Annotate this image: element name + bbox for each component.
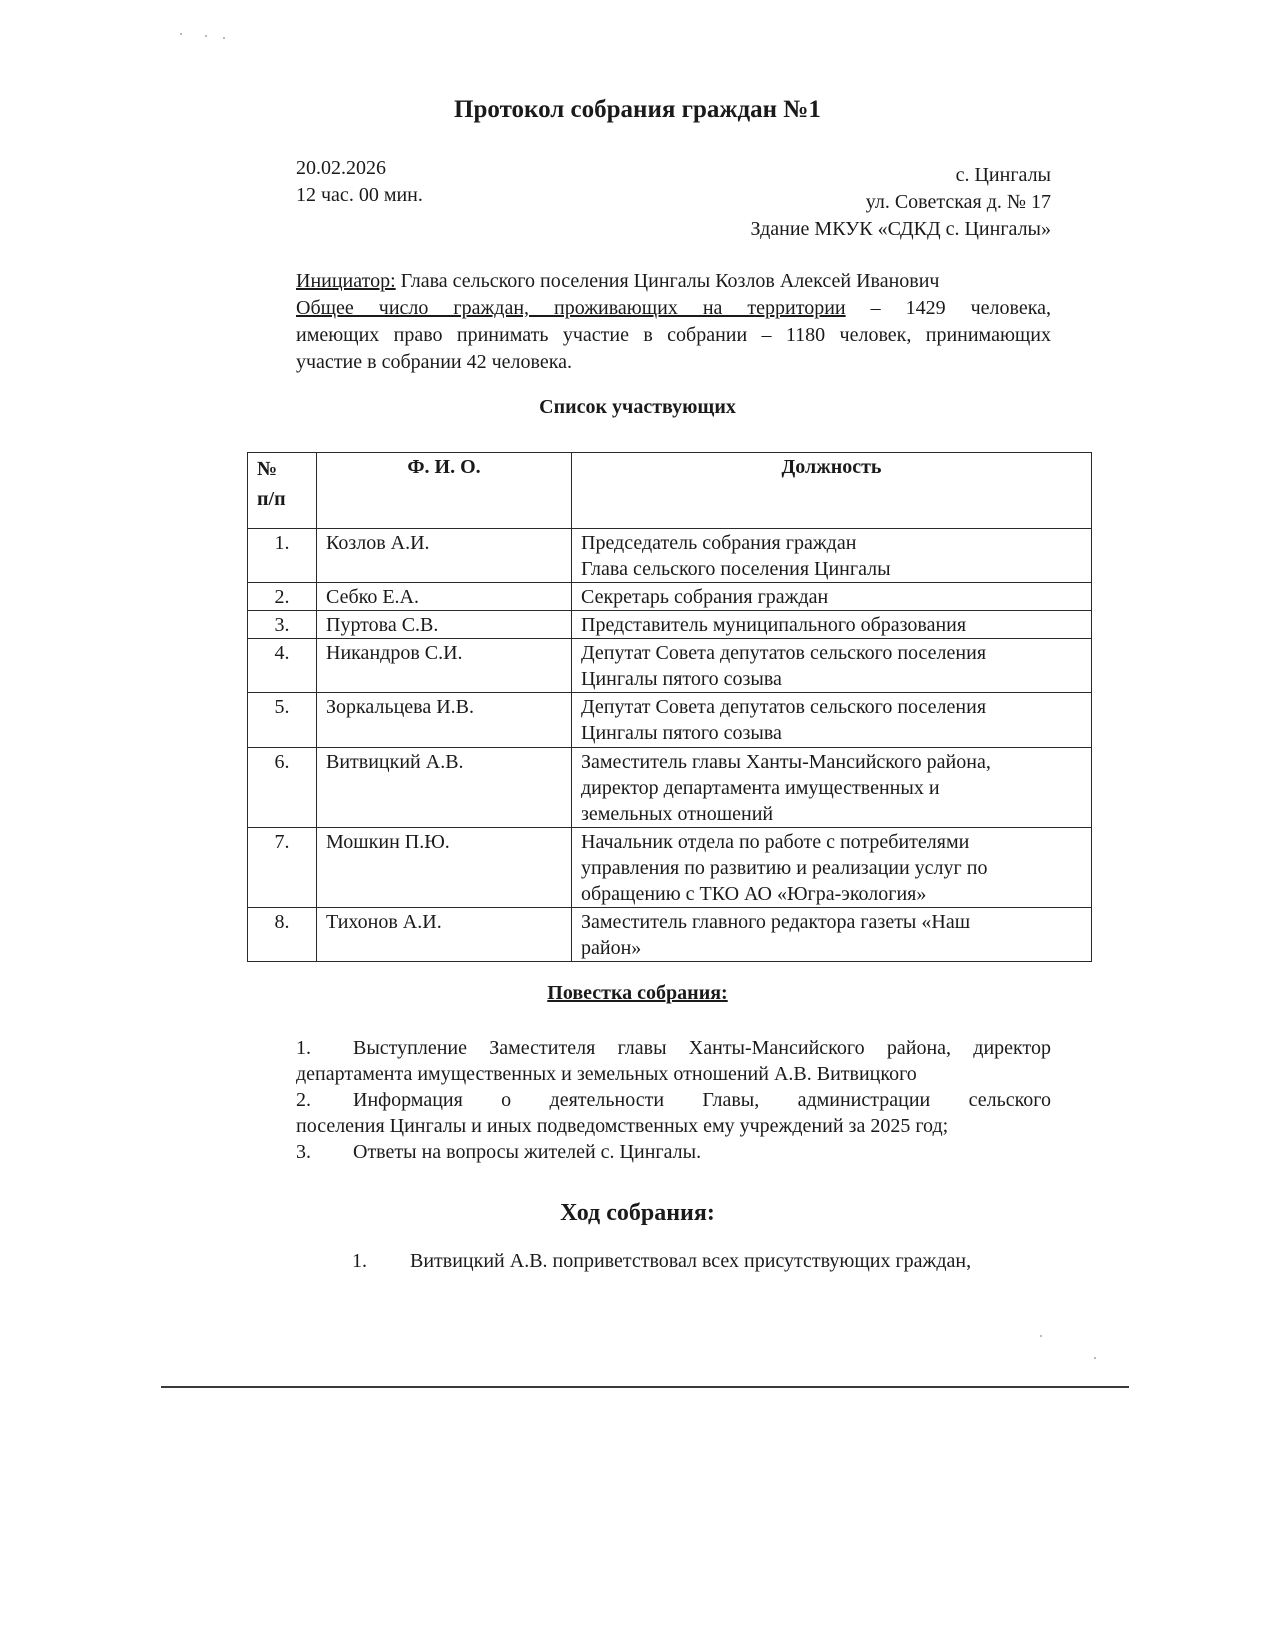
position-line: обращению с ТКО АО «Югра-экология» [581,881,1082,907]
participants-body: 1.Козлов А.И.Председатель собрания гражд… [248,529,1092,962]
participant-name: Пуртова С.В. [317,611,572,639]
course-item-number: 1. [352,1248,410,1274]
table-row: 4.Никандров С.И.Депутат Совета депутатов… [248,639,1092,693]
population-line-1: Общее число граждан, проживающих на терр… [296,295,1051,322]
table-row: 8.Тихонов А.И.Заместитель главного редак… [248,908,1092,962]
participant-position: Начальник отдела по работе с потребителя… [572,828,1092,908]
scan-artifact [205,35,207,37]
course-title: Ход собрания: [0,1200,1275,1227]
population-line-3: участие в собрании 42 человека. [296,349,1051,376]
population-label: Общее число граждан, проживающих на терр… [296,297,846,319]
agenda-item-text: Ответы на вопросы жителей с. Цингалы. [353,1141,701,1163]
position-line: Заместитель главного редактора газеты «Н… [581,909,1082,935]
agenda-item-text: Информация о деятельности Главы, админис… [353,1089,1051,1111]
agenda-item: 3.Ответы на вопросы жителей с. Цингалы. [296,1139,1051,1165]
place-building: Здание МКУК «СДКД с. Цингалы» [751,216,1051,243]
position-line: Заместитель главы Ханты-Мансийского райо… [581,749,1082,775]
position-line: земельных отношений [581,801,1082,827]
agenda-item-number: 3. [296,1139,353,1165]
participant-number: 5. [248,693,317,748]
table-row: 5.Зоркальцева И.В.Депутат Совета депутат… [248,693,1092,748]
header-name: Ф. И. О. [317,453,572,529]
agenda-title: Повестка собрания: [0,982,1275,1005]
position-line: Цингалы пятого созыва [581,666,1082,692]
scan-artifact [1094,1357,1096,1359]
document-title: Протокол собрания граждан №1 [0,96,1275,124]
population-count: – 1429 человека, [846,297,1051,319]
participant-number: 4. [248,639,317,693]
meeting-time: 12 час. 00 мин. [296,182,423,209]
participant-position: Председатель собрания гражданГлава сельс… [572,529,1092,583]
participant-position: Заместитель главы Ханты-Мансийского райо… [572,748,1092,828]
position-line: Цингалы пятого созыва [581,720,1082,746]
participant-number: 1. [248,529,317,583]
header-number-abbr: п/п [257,484,307,514]
participant-name: Мошкин П.Ю. [317,828,572,908]
meeting-date: 20.02.2026 [296,155,423,182]
participant-position: Депутат Совета депутатов сельского посел… [572,693,1092,748]
agenda-item: 1.Выступление Заместителя главы Ханты-Ма… [296,1035,1051,1061]
scan-artifact [180,33,182,35]
course-item: 1.Витвицкий А.В. поприветствовал всех пр… [352,1248,1052,1274]
scan-artifact [223,37,225,39]
table-row: 6.Витвицкий А.В.Заместитель главы Ханты-… [248,748,1092,828]
position-line: директор департамента имущественных и [581,775,1082,801]
participant-number: 3. [248,611,317,639]
position-line: Председатель собрания граждан [581,530,1082,556]
agenda-item-number: 2. [296,1087,353,1113]
agenda-list: 1.Выступление Заместителя главы Ханты-Ма… [296,1035,1051,1165]
table-row: 7.Мошкин П.Ю.Начальник отдела по работе … [248,828,1092,908]
position-line: Депутат Совета депутатов сельского посел… [581,640,1082,666]
agenda-item-number: 1. [296,1035,353,1061]
header-number-symbol: № [257,454,307,484]
participant-number: 7. [248,828,317,908]
initiator-text: Глава сельского поселения Цингалы Козлов… [396,270,940,292]
participants-title: Список участвующих [0,396,1275,419]
course-item-text: Витвицкий А.В. поприветствовал всех прис… [410,1250,971,1272]
agenda-item: 2.Информация о деятельности Главы, админ… [296,1087,1051,1113]
position-line: Представитель муниципального образования [581,612,1082,638]
place-street: ул. Советская д. № 17 [751,189,1051,216]
agenda-item-continuation: поселения Цингалы и иных подведомственны… [296,1113,1051,1139]
participants-table: № п/п Ф. И. О. Должность 1.Козлов А.И.Пр… [247,452,1092,962]
participant-number: 6. [248,748,317,828]
participant-position: Представитель муниципального образования [572,611,1092,639]
position-line: Депутат Совета депутатов сельского посел… [581,694,1082,720]
agenda-item-continuation: департамента имущественных и земельных о… [296,1061,1051,1087]
participant-position: Секретарь собрания граждан [572,583,1092,611]
meeting-place: с. Цингалы ул. Советская д. № 17 Здание … [751,162,1051,243]
date-time-block: 20.02.2026 12 час. 00 мин. [296,155,423,209]
table-row: 3.Пуртова С.В.Представитель муниципально… [248,611,1092,639]
participant-name: Козлов А.И. [317,529,572,583]
table-row: 1.Козлов А.И.Председатель собрания гражд… [248,529,1092,583]
agenda-item-text: поселения Цингалы и иных подведомственны… [296,1115,948,1137]
participant-name: Зоркальцева И.В. [317,693,572,748]
initiator-label: Инициатор: [296,270,396,292]
participant-name: Витвицкий А.В. [317,748,572,828]
position-line: Секретарь собрания граждан [581,584,1082,610]
agenda-item-text: департамента имущественных и земельных о… [296,1063,917,1085]
participant-number: 2. [248,583,317,611]
participant-position: Заместитель главного редактора газеты «Н… [572,908,1092,962]
participant-position: Депутат Совета депутатов сельского посел… [572,639,1092,693]
position-line: управления по развитию и реализации услу… [581,855,1082,881]
header-position: Должность [572,453,1092,529]
table-row: 2.Себко Е.А.Секретарь собрания граждан [248,583,1092,611]
table-header-row: № п/п Ф. И. О. Должность [248,453,1092,529]
position-line: Начальник отдела по работе с потребителя… [581,829,1082,855]
participant-number: 8. [248,908,317,962]
page-bottom-rule [161,1386,1129,1388]
participant-name: Никандров С.И. [317,639,572,693]
intro-section: Инициатор: Глава сельского поселения Цин… [296,268,1051,376]
initiator-line: Инициатор: Глава сельского поселения Цин… [296,268,1051,295]
participant-name: Тихонов А.И. [317,908,572,962]
position-line: район» [581,935,1082,961]
agenda-item-text: Выступление Заместителя главы Ханты-Манс… [353,1037,1051,1059]
header-number: № п/п [248,453,317,529]
position-line: Глава сельского поселения Цингалы [581,556,1082,582]
population-line-2: имеющих право принимать участие в собран… [296,322,1051,349]
place-village: с. Цингалы [751,162,1051,189]
participant-name: Себко Е.А. [317,583,572,611]
scan-artifact [1040,1335,1042,1337]
